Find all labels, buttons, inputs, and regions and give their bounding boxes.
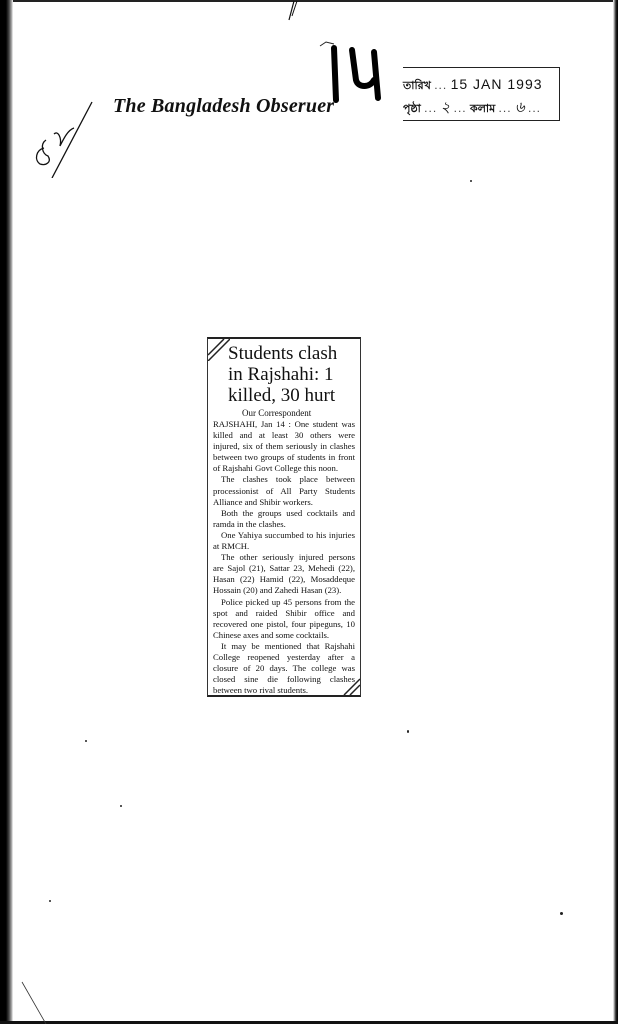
stamp-column-label: কলাম bbox=[470, 103, 495, 115]
article-paragraph: The clashes took place between processio… bbox=[213, 474, 355, 507]
scan-speck bbox=[49, 900, 51, 902]
scan-scratch-line bbox=[20, 980, 50, 1024]
stamp-date-row: তারিখ ... 15 JAN 1993 bbox=[403, 76, 543, 96]
article-paragraph: RAJSHAHI, Jan 14 : One student was kille… bbox=[213, 419, 355, 474]
article-paragraph: One Yahiya succumbed to his injuries at … bbox=[213, 530, 355, 552]
clipping-corner-hatch-icon bbox=[208, 339, 230, 361]
scan-top-edge bbox=[0, 0, 618, 2]
handwritten-reference-mark bbox=[30, 98, 100, 178]
news-clipping: Students clash in Rajshahi: 1 killed, 30… bbox=[207, 337, 361, 697]
newspaper-name: The Bangladesh Obseruer bbox=[113, 95, 334, 118]
article-paragraph: The other seriously injured persons are … bbox=[213, 552, 355, 596]
stamp-page-row: পৃষ্ঠা ... ২ ... কলাম ... ৬ ... bbox=[403, 96, 541, 121]
article-headline: Students clash in Rajshahi: 1 killed, 30… bbox=[228, 343, 356, 406]
stamp-date-label: তারিখ bbox=[403, 80, 431, 92]
clipping-corner-hatch-icon bbox=[338, 673, 360, 695]
article-paragraph: Police picked up 45 persons from the spo… bbox=[213, 597, 355, 641]
handwritten-number-14 bbox=[318, 40, 388, 105]
article-dateline: RAJSHAHI, Jan 14 : bbox=[213, 419, 291, 429]
stamp-date-value: 15 JAN 1993 bbox=[451, 76, 543, 92]
stamp-column-value: ৬ bbox=[515, 98, 525, 116]
stamp-page-label: পৃষ্ঠা bbox=[403, 103, 421, 115]
date-stamp: তারিখ ... 15 JAN 1993 পৃষ্ঠা ... ২ ... ক… bbox=[403, 67, 560, 121]
handwritten-tick-mark bbox=[284, 0, 300, 22]
scan-left-edge bbox=[0, 0, 13, 1024]
scan-speck bbox=[560, 912, 563, 915]
scan-speck bbox=[470, 180, 472, 182]
article-body: RAJSHAHI, Jan 14 : One student was kille… bbox=[213, 419, 355, 696]
stamp-page-value: ২ bbox=[441, 98, 451, 116]
scan-speck bbox=[85, 740, 87, 742]
scan-right-edge bbox=[613, 0, 618, 1024]
article-paragraph: It may be mentioned that Rajshahi Colleg… bbox=[213, 641, 355, 696]
scan-speck bbox=[407, 730, 409, 733]
article-paragraph: Both the groups used cocktails and ramda… bbox=[213, 508, 355, 530]
article-byline: Our Correspondent bbox=[242, 408, 311, 418]
scan-speck bbox=[120, 805, 122, 807]
